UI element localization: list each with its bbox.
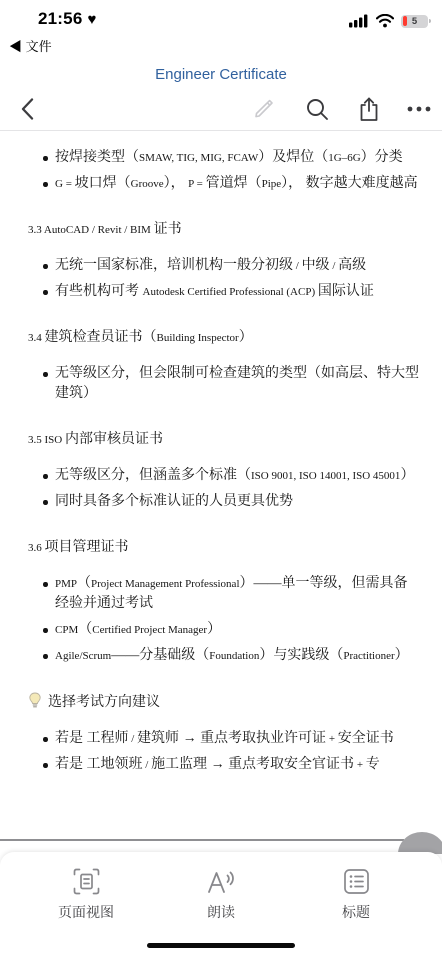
- text-segment: 建筑检查员证书（: [45, 330, 157, 345]
- bullet-item: 若是 工地领班 / 施工监理 → 重点考取安全官证书 + 专: [42, 755, 420, 775]
- text-segment: ）与实践级（: [259, 648, 343, 663]
- text-segment: P =: [188, 178, 205, 190]
- text-segment: ——分基础级（: [111, 648, 209, 663]
- bullet-item: 按焊接类型（SMAW, TIG, MIG, FCAW）及焊位（1G–6G）分类: [42, 148, 420, 168]
- text-segment: 1G–6G: [328, 152, 360, 164]
- back-button[interactable]: [10, 92, 44, 126]
- text-segment: ）分类: [361, 150, 403, 165]
- read-aloud-icon: [206, 868, 236, 895]
- text-segment: 项目管理证书: [45, 540, 129, 555]
- headings-list-icon: [343, 868, 370, 895]
- text-segment: /: [129, 733, 138, 745]
- bullet-item: PMP（Project Management Professional）——单一…: [42, 574, 420, 614]
- ellipsis-icon: [407, 106, 431, 112]
- bullet-item: 有些机构可考 Autodesk Certified Professional (…: [42, 282, 420, 302]
- heart-icon: ♥: [87, 11, 96, 28]
- text-segment: 专: [366, 757, 380, 772]
- text-segment: 3.3 AutoCAD / Revit / BIM: [28, 224, 154, 236]
- edit-button[interactable]: [248, 92, 282, 126]
- text-segment: Agile/Scrum: [55, 650, 111, 662]
- text-segment: 中级: [302, 258, 330, 273]
- wifi-icon: [376, 14, 394, 28]
- text-segment: 坡口焊（: [75, 176, 131, 191]
- text-segment: Certified Project Manager: [92, 624, 207, 636]
- cellular-signal-icon: [349, 14, 369, 28]
- bullet-dot-icon: [43, 182, 48, 187]
- text-segment: +: [354, 759, 366, 771]
- text-segment: 3.5 ISO: [28, 434, 65, 446]
- bullet-item: 无等级区分，但会限制可检查建筑的类型（如高层、特大型建筑）: [42, 364, 420, 404]
- text-segment: 证书: [154, 222, 182, 237]
- clock: 21:56: [38, 9, 82, 29]
- text-segment: Autodesk Certified Professional (ACP): [143, 286, 318, 298]
- text-segment: 按焊接类型（: [55, 150, 139, 165]
- read-aloud-label: 朗读: [207, 902, 235, 922]
- bullet-dot-icon: [43, 474, 48, 479]
- text-segment: ）: [207, 622, 221, 637]
- text-segment: Foundation: [209, 650, 259, 662]
- battery-icon: 5: [401, 15, 428, 28]
- text-segment: ）: [239, 330, 253, 345]
- back-to-files-link[interactable]: ◀ 文件: [9, 36, 52, 55]
- share-button[interactable]: [352, 92, 386, 126]
- more-button[interactable]: [402, 92, 436, 126]
- text-segment: Pipe: [262, 178, 282, 190]
- text-segment: 高级: [338, 258, 366, 273]
- bullet-dot-icon: [43, 156, 48, 161]
- text-segment: ）及焊位（: [258, 150, 328, 165]
- bullet-item: CPM（Certified Project Manager）: [42, 620, 420, 640]
- page-view-label: 页面视图: [58, 902, 114, 922]
- text-segment: 国际认证: [318, 284, 374, 299]
- section-heading: 选择考试方向建议: [28, 692, 420, 713]
- status-bar: 21:56 ♥ ◀ 文件 5: [0, 0, 442, 58]
- text-segment: 管道焊（: [206, 176, 262, 191]
- headings-label: 标题: [342, 902, 370, 922]
- text-segment: /: [293, 260, 302, 272]
- lightbulb-icon: [28, 692, 42, 708]
- search-button[interactable]: [300, 92, 334, 126]
- text-segment: ），: [281, 176, 306, 191]
- page-view-icon: [73, 868, 100, 895]
- bullet-dot-icon: [43, 737, 48, 742]
- phone-screen: 21:56 ♥ ◀ 文件 5 Engineer Certificate: [0, 0, 442, 960]
- text-segment: ），: [164, 176, 189, 191]
- read-aloud-button[interactable]: 朗读: [183, 868, 259, 922]
- text-segment: Practitioner: [343, 650, 394, 662]
- section-heading: 3.5 ISO 内部审核员证书: [28, 430, 420, 450]
- bullet-item: 若是 工程师 / 建筑师 → 重点考取执业许可证 + 安全证书: [42, 729, 420, 749]
- section-heading: 3.3 AutoCAD / Revit / BIM 证书: [28, 220, 420, 240]
- bullet-item: 同时具备多个标准认证的人员更具优势: [42, 492, 420, 512]
- text-segment: ）: [395, 648, 409, 663]
- bullet-dot-icon: [43, 500, 48, 505]
- text-segment: 内部审核员证书: [65, 432, 163, 447]
- text-segment: /: [143, 759, 152, 771]
- text-segment: SMAW, TIG, MIG, FCAW: [139, 152, 258, 164]
- home-indicator[interactable]: [147, 943, 295, 948]
- text-segment: → 重点考取执业许可证: [179, 731, 326, 746]
- section-heading: 3.6 项目管理证书: [28, 538, 420, 558]
- bullet-dot-icon: [43, 654, 48, 659]
- text-segment: /: [330, 260, 339, 272]
- text-segment: 无统一国家标准，培训机构一般分初级: [55, 258, 293, 273]
- pencil-icon: [254, 98, 276, 120]
- battery-nub: [429, 19, 431, 23]
- toolbar: [0, 88, 442, 131]
- text-segment: 选择考试方向建议: [48, 695, 160, 710]
- text-segment: ISO 9001, ISO 14001, ISO 45001: [251, 470, 400, 482]
- battery-percent: 5: [401, 15, 428, 28]
- text-segment: 安全证书: [338, 731, 394, 746]
- text-segment: Groove: [131, 178, 164, 190]
- page-view-button[interactable]: 页面视图: [48, 868, 124, 922]
- text-segment: G =: [55, 178, 75, 190]
- search-icon: [306, 98, 329, 121]
- bullet-item: Agile/Scrum——分基础级（Foundation）与实践级（Practi…: [42, 646, 420, 666]
- bullet-dot-icon: [43, 582, 48, 587]
- text-segment: 施工监理: [151, 757, 207, 772]
- text-segment: ）: [400, 468, 414, 483]
- text-segment: 若是 工程师: [55, 731, 129, 746]
- text-segment: +: [326, 733, 338, 745]
- text-segment: CPM: [55, 624, 78, 636]
- text-segment: 同时具备多个标准认证的人员更具优势: [55, 494, 293, 509]
- text-segment: Project Management Professional: [91, 578, 239, 590]
- text-segment: 3.6: [28, 542, 45, 554]
- text-segment: 无等级区分，但会限制可检查建筑的类型（如高层、特大型建筑）: [55, 366, 419, 401]
- bullet-dot-icon: [43, 290, 48, 295]
- chevron-left-icon: [21, 98, 34, 120]
- document-body[interactable]: 按焊接类型（SMAW, TIG, MIG, FCAW）及焊位（1G–6G）分类G…: [0, 131, 442, 960]
- bullet-item: G = 坡口焊（Groove）， P = 管道焊（Pipe）， 数字越大难度越高: [42, 174, 420, 194]
- bullet-item: 无等级区分，但涵盖多个标准（ISO 9001, ISO 14001, ISO 4…: [42, 466, 420, 486]
- text-segment: 建筑师: [137, 731, 179, 746]
- text-segment: Building Inspector: [157, 332, 239, 344]
- text-segment: 数字越大难度越高: [306, 176, 418, 191]
- text-segment: → 重点考取安全官证书: [207, 757, 354, 772]
- share-icon: [358, 97, 380, 122]
- text-segment: 3.4: [28, 332, 45, 344]
- bullet-item: 无统一国家标准，培训机构一般分初级 / 中级 / 高级: [42, 256, 420, 276]
- bullet-dot-icon: [43, 763, 48, 768]
- text-segment: （: [77, 576, 91, 591]
- text-segment: （: [78, 622, 92, 637]
- scroll-position-line: [0, 839, 404, 841]
- headings-button[interactable]: 标题: [318, 868, 394, 922]
- text-segment: ）: [240, 576, 254, 591]
- section-heading: 3.4 建筑检查员证书（Building Inspector）: [28, 328, 420, 348]
- status-time: 21:56 ♥: [38, 9, 97, 29]
- text-segment: 若是 工地领班: [55, 757, 143, 772]
- bullet-dot-icon: [43, 372, 48, 377]
- text-segment: PMP: [55, 578, 77, 590]
- document-title: Engineer Certificate: [0, 66, 442, 83]
- text-segment: 无等级区分，但涵盖多个标准（: [55, 468, 251, 483]
- bullet-dot-icon: [43, 628, 48, 633]
- text-segment: 有些机构可考: [55, 284, 143, 299]
- bullet-dot-icon: [43, 264, 48, 269]
